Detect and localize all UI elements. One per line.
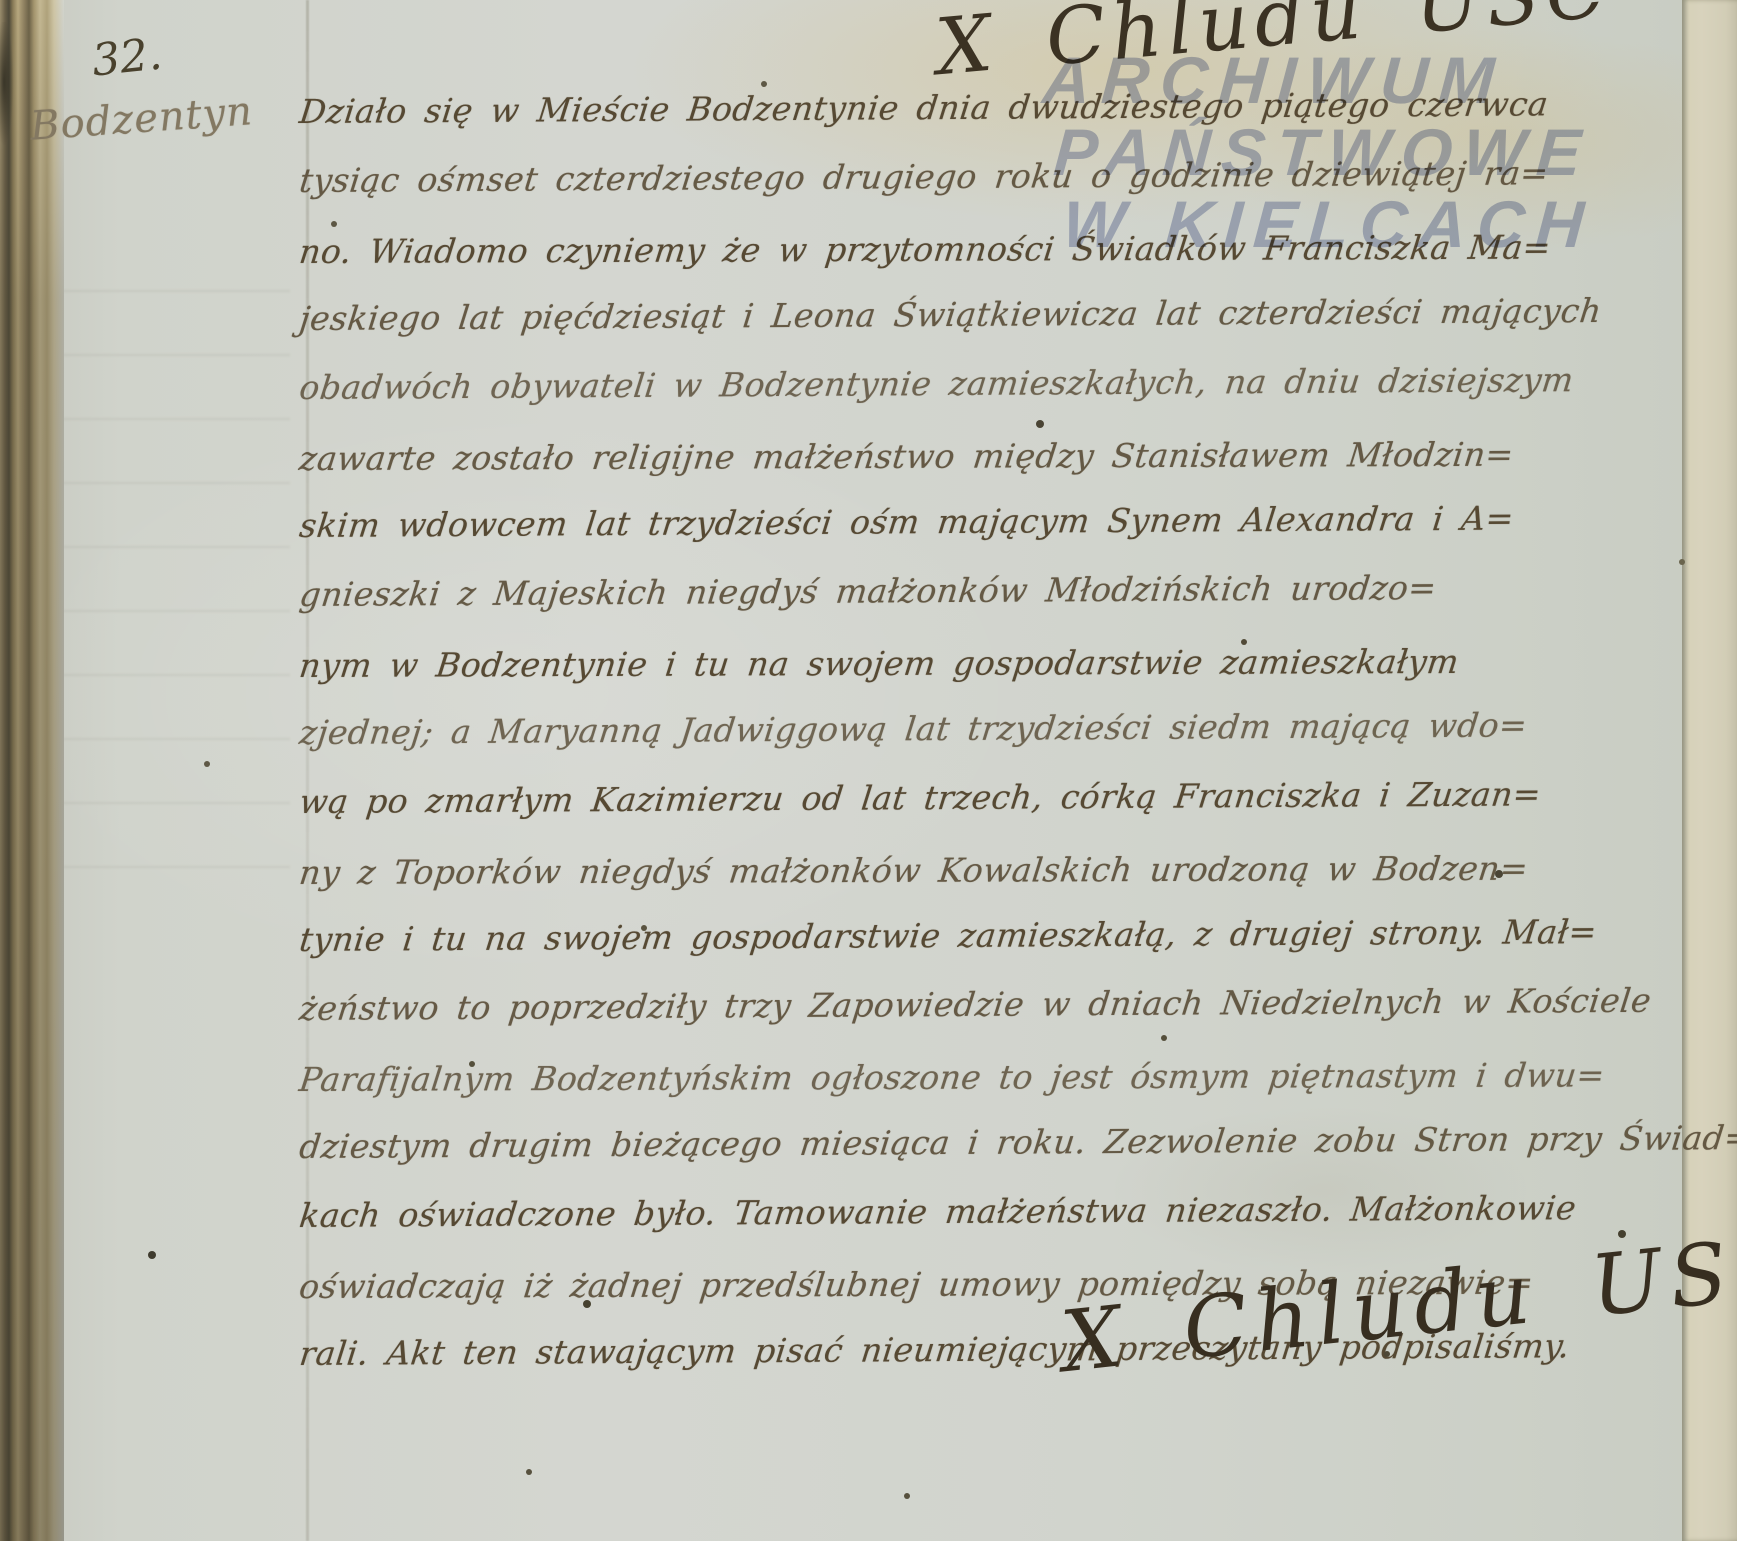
act-line: ny z Toporków niegdyś małżonków Kowalski… (294, 848, 1638, 922)
act-line: dziestym drugim bieżącego miesiąca i rok… (294, 1119, 1638, 1196)
act-line: żeństwo to poprzedziły trzy Zapowiedzie … (294, 981, 1638, 1058)
page-showthrough-texture (60, 290, 290, 930)
act-line: wą po zmarłym Kazimierzu od lat trzech, … (294, 774, 1638, 851)
archive-watermark-line: ARCHIWUM (1041, 44, 1608, 116)
act-line: zawarte zostało religijne małżeństwo mię… (294, 434, 1638, 508)
scanned-register-page: 32. Bodzentyn X Chludu USC Działo się w … (0, 0, 1737, 1541)
act-line: skim wdowcem lat trzydzieści ośm mającym… (294, 498, 1638, 575)
act-line: jeskiego lat pięćdziesiąt i Leona Świątk… (294, 291, 1638, 368)
archive-watermark-line: PAŃSTWOWE (1051, 116, 1602, 188)
act-line: tynie i tu na swojem gospodarstwie zamie… (294, 912, 1638, 989)
act-line: nym w Bodzentynie i tu na swojem gospoda… (294, 641, 1638, 715)
archive-watermark-line: W KIELCACH (1060, 188, 1597, 260)
act-line: Parafijalnym Bodzentyńskim ogłoszone to … (294, 1055, 1638, 1129)
archive-watermark: ARCHIWUM PAŃSTWOWE W KIELCACH (1030, 44, 1607, 260)
paper-specks (0, 0, 4, 4)
binding-shadow (0, 22, 18, 162)
entry-number: 32. (90, 28, 165, 86)
act-line: zjednej; a Maryanną Jadwiggową lat trzyd… (294, 705, 1638, 782)
act-line: obadwóch obywateli w Bodzentynie zamiesz… (294, 360, 1638, 437)
act-body-text: Działo się w Mieście Bodzentynie dnia dw… (298, 92, 1633, 1403)
book-binding-edge (0, 0, 64, 1541)
act-line: gnieszki z Majeskich niegdyś małżonków M… (294, 567, 1638, 644)
